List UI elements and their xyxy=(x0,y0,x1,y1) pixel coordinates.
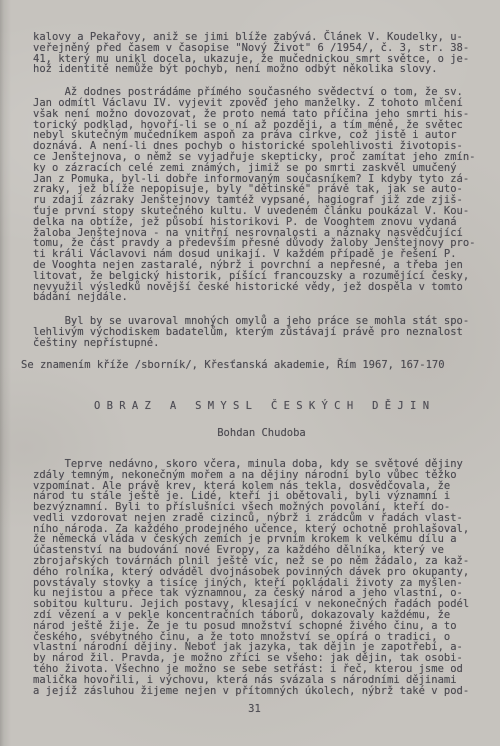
text-line: a jejíž zásluhou žijeme nejen v přítomný… xyxy=(33,686,490,697)
text-line: bádání nejdále. xyxy=(33,292,490,303)
page-content: kalovy a Pekařovy, aniž se jimi blíže za… xyxy=(33,32,490,715)
text-line: češtiny nepřístupné. xyxy=(33,338,490,349)
paragraph-review-conclusion: Byl by se uvaroval mnohých omylů a jeho … xyxy=(33,316,490,348)
text-line: zdály temným, nekonečným mořem a na ději… xyxy=(33,470,490,481)
scanned-page: kalovy a Pekařovy, aniž se jimi blíže za… xyxy=(0,0,500,746)
text-line: ky o zázracích celé zemi známých, jimiž … xyxy=(33,163,490,174)
text-line: delka na obtíže, jež působí historikovi … xyxy=(33,217,490,228)
source-citation: Se znamením kříže /sborník/, Křesťanská … xyxy=(21,360,490,371)
article-title: O B R A Z A S M Y S L Č E S K Ý C H D Ě … xyxy=(33,401,490,412)
text-line: však není možno dovozovat, že proto nemá… xyxy=(33,109,490,120)
text-line: hož identitě nemůže být pochyb, není mož… xyxy=(33,64,490,75)
text-line: litovat, že belgický historik, píšící fr… xyxy=(33,271,490,282)
text-line: veřejněný před časem v časopise "Nový Ži… xyxy=(33,43,490,54)
article-author: Bohdan Chudoba xyxy=(33,428,490,439)
paragraph-continuation: kalovy a Pekařovy, aniž se jimi blíže za… xyxy=(33,32,490,75)
paragraph-review-body: Až dodnes postrádáme přímého současného … xyxy=(33,87,490,303)
paragraph-article-body: Teprve nedávno, skoro včera, minula doba… xyxy=(33,459,490,697)
page-number: 31 xyxy=(26,704,483,715)
